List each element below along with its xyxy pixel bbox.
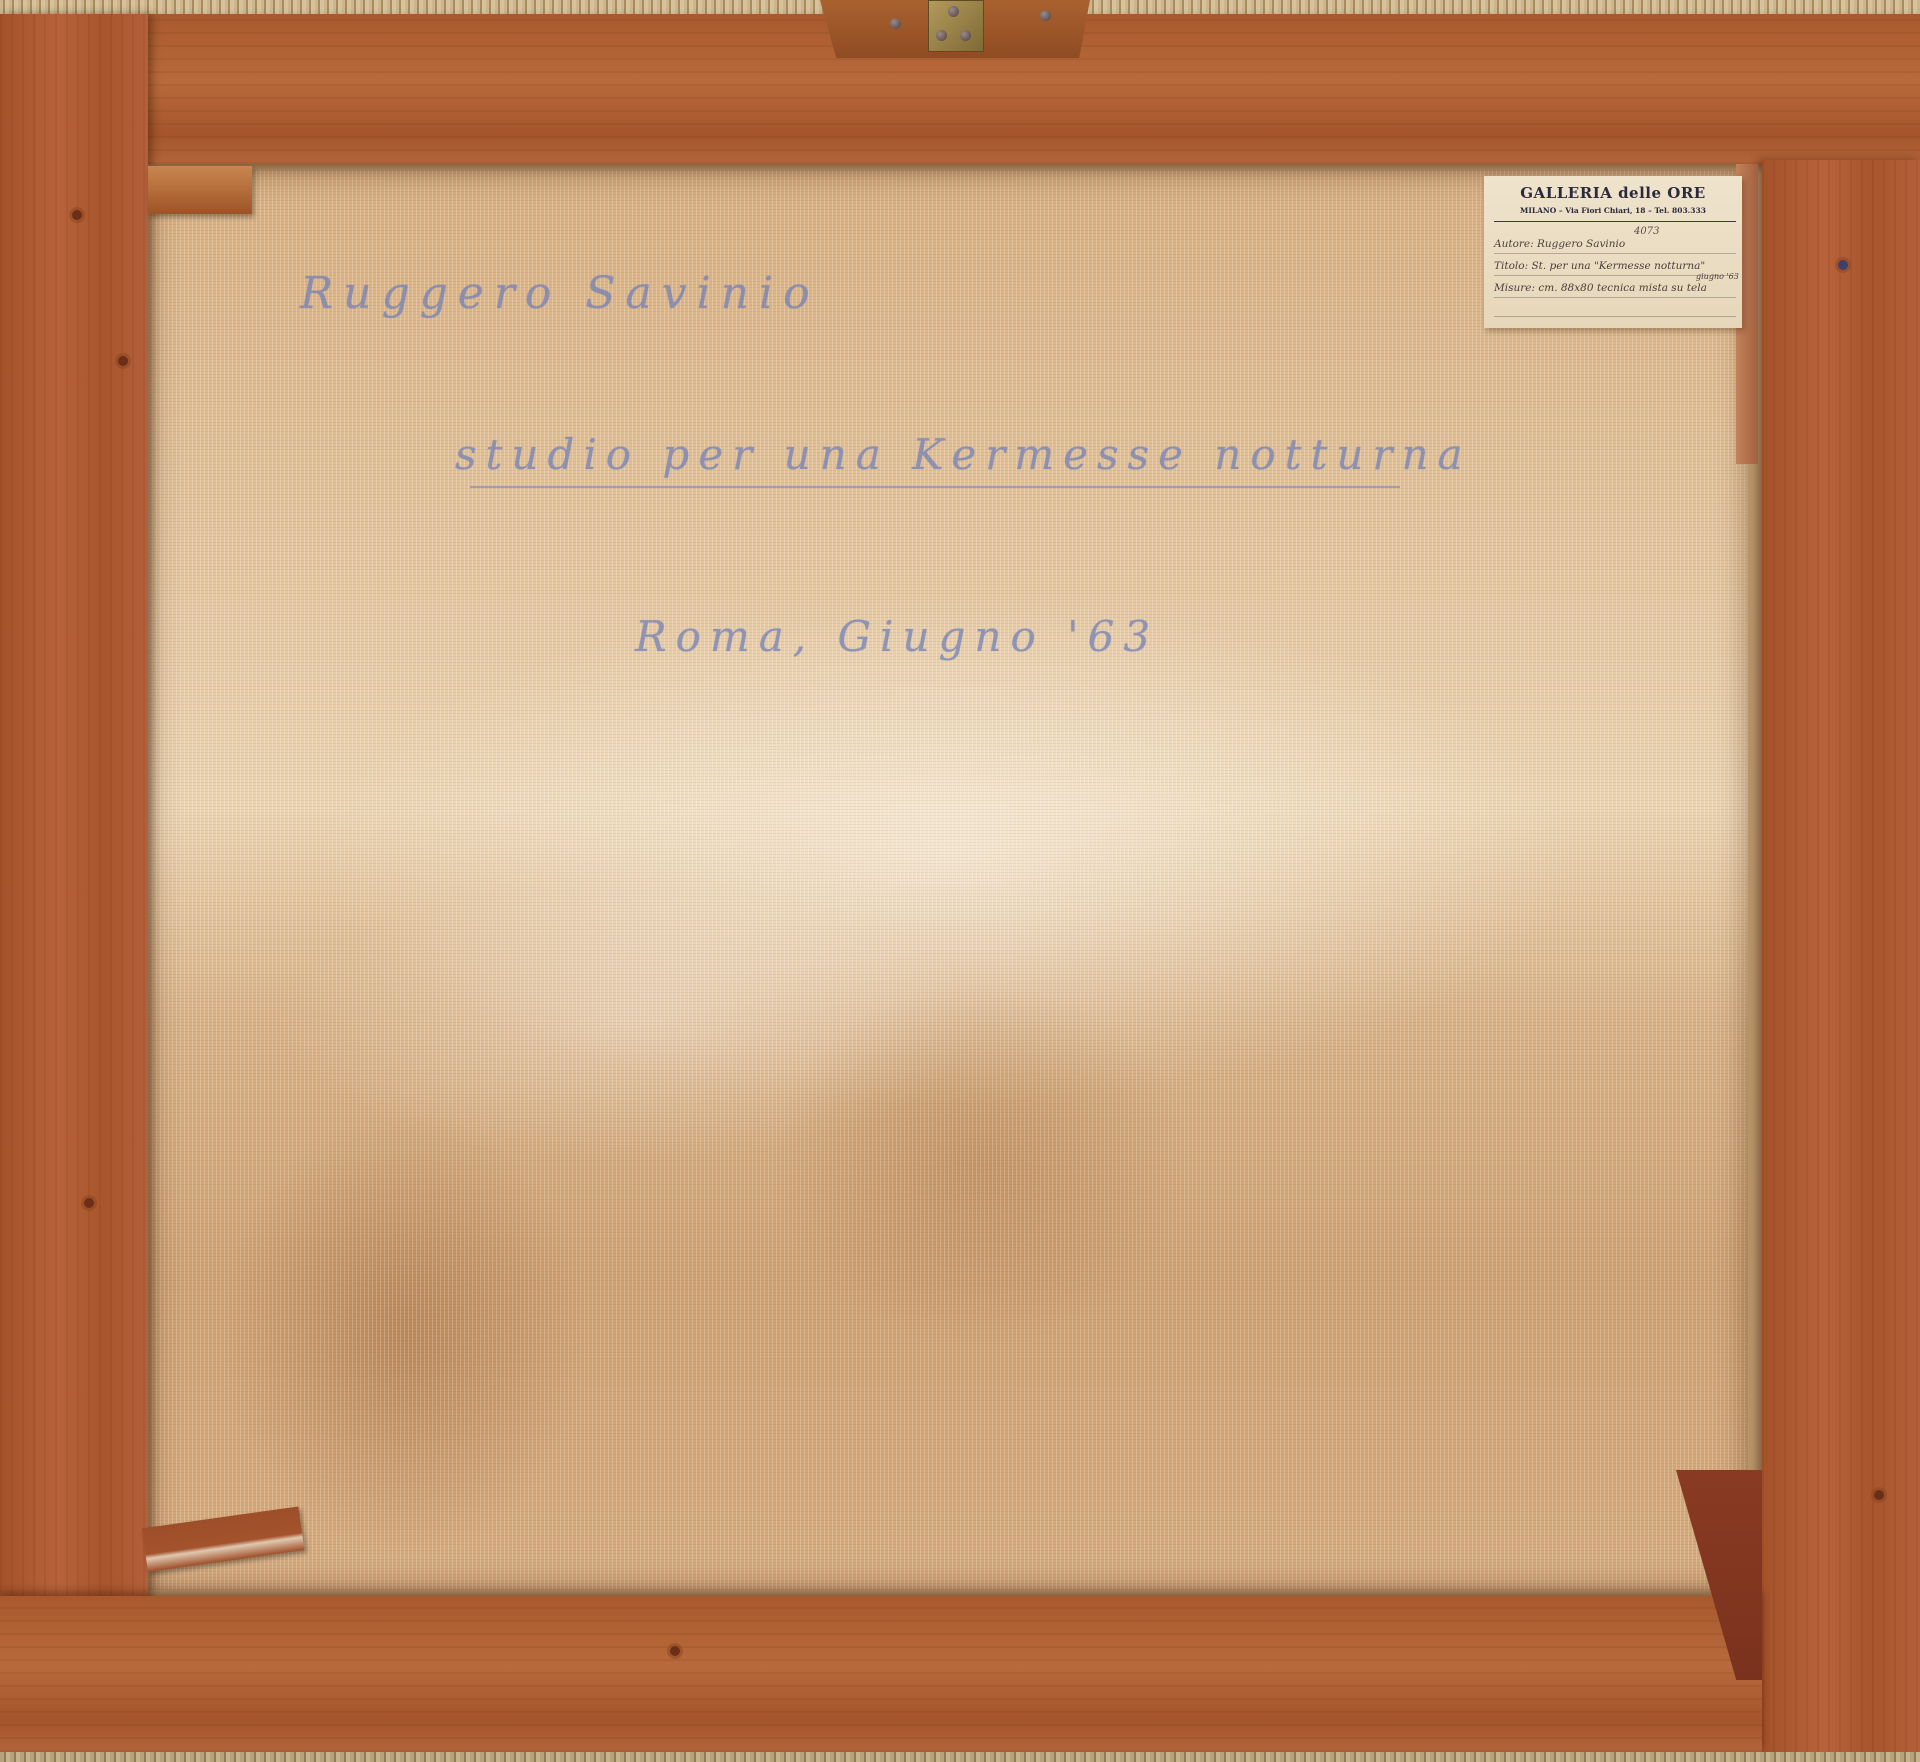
screw-head	[1838, 260, 1848, 270]
wood-knot	[1874, 1490, 1884, 1500]
screw-icon	[1040, 10, 1051, 21]
canvas-fringe-bottom	[0, 1752, 1920, 1762]
label-date: giugno '63	[1696, 272, 1739, 281]
label-rule	[1494, 221, 1736, 222]
stretcher-bar-bottom	[0, 1596, 1762, 1752]
stretcher-bar-right	[1762, 160, 1920, 1752]
wood-knot	[670, 1646, 680, 1656]
screw-icon	[936, 30, 947, 41]
gallery-address: MILANO – Via Fiori Chiari, 18 – Tel. 803…	[1484, 206, 1742, 215]
screw-icon	[890, 18, 901, 29]
label-title: Titolo: St. per una "Kermesse notturna"	[1494, 260, 1705, 272]
title-underline	[470, 486, 1400, 488]
canvas-back	[148, 170, 1748, 1590]
label-author: Autore: Ruggero Savinio	[1494, 238, 1625, 250]
place-date-inscription: Roma, Giugno '63	[635, 612, 1159, 661]
wood-knot	[118, 356, 128, 366]
wood-knot	[84, 1198, 94, 1208]
screw-icon	[948, 6, 959, 17]
corner-wedge-top-left	[148, 166, 252, 214]
label-measures: Misure: cm. 88x80 tecnica mista su tela	[1494, 282, 1707, 294]
title-inscription: studio per una Kermesse notturna	[455, 430, 1472, 479]
wood-knot	[72, 210, 82, 220]
artist-inscription: Ruggero Savinio	[300, 268, 820, 319]
screw-icon	[960, 30, 971, 41]
gallery-name: GALLERIA delle ORE	[1484, 184, 1742, 202]
inventory-number: 4073	[1634, 226, 1659, 237]
gallery-label: GALLERIA delle ORE MILANO – Via Fiori Ch…	[1484, 176, 1742, 328]
stretcher-bar-left	[0, 14, 148, 1604]
